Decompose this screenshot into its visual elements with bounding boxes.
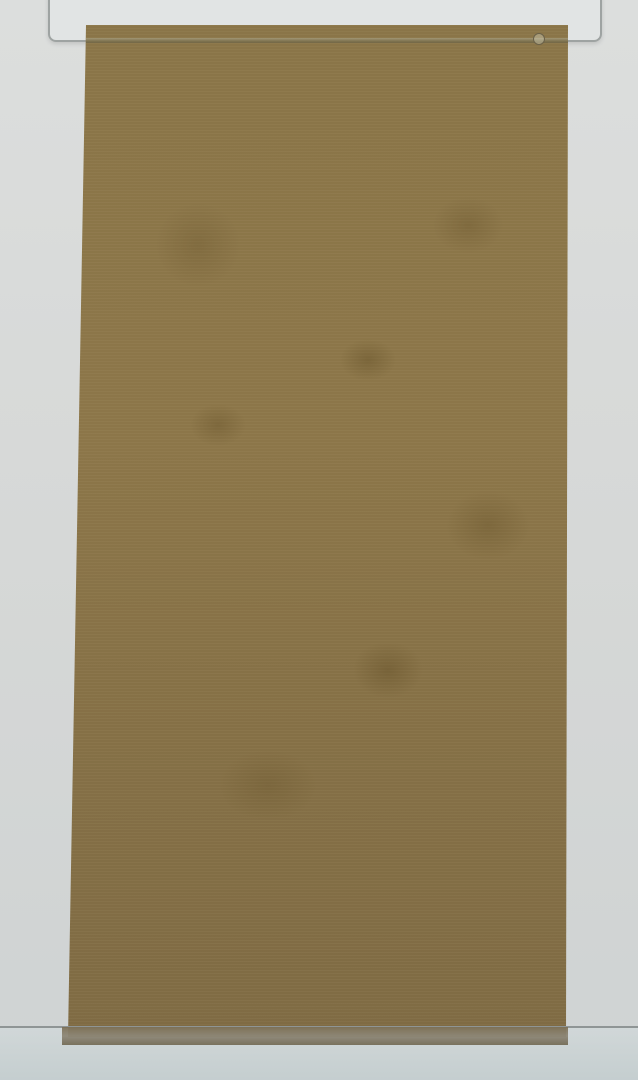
top-rod-knob xyxy=(533,33,545,45)
silk-scroll-panel xyxy=(68,25,568,1037)
top-rod xyxy=(86,38,568,43)
bottom-rod xyxy=(62,1027,568,1045)
